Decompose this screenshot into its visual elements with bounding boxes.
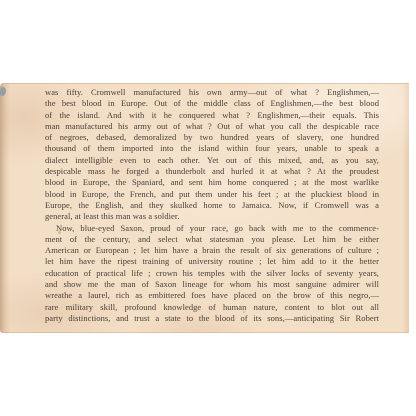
text-line: the best blood in Europe. Out of the mid… bbox=[45, 98, 379, 109]
text-line: rare military skill, profound knowledge … bbox=[45, 302, 379, 313]
edge-stain-mark bbox=[0, 86, 7, 96]
text-line: thousand of them imported into the islan… bbox=[45, 143, 379, 154]
scan-background: was fifty. Cromwell manufactured his own… bbox=[0, 0, 416, 416]
text-line: blood in Europe, the Spaniard, and sent … bbox=[45, 177, 379, 188]
text-line: and show me the man of Saxon lineage for… bbox=[45, 279, 379, 290]
text-line: man manufactured his army out of what ? … bbox=[45, 121, 379, 132]
page-text: was fifty. Cromwell manufactured his own… bbox=[45, 87, 379, 324]
text-line: general, at least this man was a soldier… bbox=[45, 211, 379, 222]
text-line: let him have the ripest training of univ… bbox=[45, 256, 379, 267]
text-line: was fifty. Cromwell manufactured his own… bbox=[45, 87, 379, 98]
text-line: of negroes, debased, demoralized by two … bbox=[45, 132, 379, 143]
text-line: education of practical life ; crown his … bbox=[45, 268, 379, 279]
text-line: wreathe a laurel, rich as embittered foe… bbox=[45, 290, 379, 301]
text-line: Now, blue-eyed Saxon, proud of your race… bbox=[45, 223, 379, 234]
text-line: Europe, the English, and they skulked ho… bbox=[45, 200, 379, 211]
text-line: ment of the century, and select what sta… bbox=[45, 234, 379, 245]
text-line: blood in Europe, the French, and put the… bbox=[45, 189, 379, 200]
text-line: despicable mass he forged a thunderbolt … bbox=[45, 166, 379, 177]
text-line: American or European ; let him have a br… bbox=[45, 245, 379, 256]
text-line: of the island. And with it he conquered … bbox=[45, 110, 379, 121]
text-line: party distinctions, and trust a state to… bbox=[45, 313, 379, 324]
text-line: dialect intelligible even to each other.… bbox=[45, 155, 379, 166]
book-page: was fifty. Cromwell manufactured his own… bbox=[0, 83, 409, 333]
